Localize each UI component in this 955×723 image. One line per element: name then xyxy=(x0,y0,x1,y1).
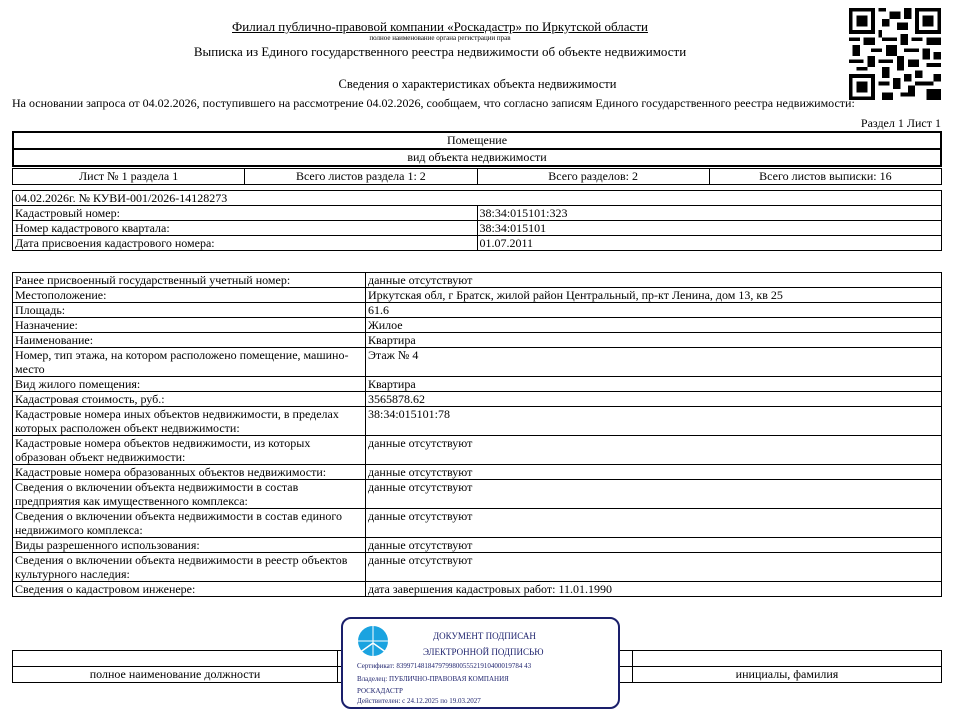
object-type-value: Помещение xyxy=(13,132,941,149)
field-label: Местоположение: xyxy=(13,288,366,303)
extract-sheets-total: Всего листов выписки: 16 xyxy=(709,169,941,185)
field-label: Сведения о включении объекта недвижимост… xyxy=(13,480,366,509)
sheets-table: Лист № 1 раздела 1 Всего листов раздела … xyxy=(12,168,942,185)
table-row: Кадастровый номер:38:34:015101:323 xyxy=(13,206,942,221)
section-reference: Раздел 1 Лист 1 xyxy=(861,116,941,131)
field-value: данные отсутствуют xyxy=(366,273,942,288)
extract-number: 04.02.2026г. № КУВИ-001/2026-14128273 xyxy=(13,191,942,206)
field-value: данные отсутствуют xyxy=(366,509,942,538)
name-caption: инициалы, фамилия xyxy=(633,667,942,683)
rosreestr-logo-icon xyxy=(357,625,389,657)
object-type-caption: вид объекта недвижимости xyxy=(13,149,941,166)
field-value: 01.07.2011 xyxy=(477,236,942,251)
field-value: Этаж № 4 xyxy=(366,348,942,377)
field-label: Кадастровая стоимость, руб.: xyxy=(13,392,366,407)
identifiers-table: 04.02.2026г. № КУВИ-001/2026-14128273 Ка… xyxy=(12,190,942,251)
field-value: Квартира xyxy=(366,377,942,392)
field-label: Номер кадастрового квартала: xyxy=(13,221,478,236)
field-value: данные отсутствуют xyxy=(366,538,942,553)
field-value: 38:34:015101:78 xyxy=(366,407,942,436)
stamp-certificate: Сертификат: 8399714818479799800555219104… xyxy=(357,662,531,670)
field-label: Сведения о включении объекта недвижимост… xyxy=(13,509,366,538)
field-value: Жилое xyxy=(366,318,942,333)
sections-total: Всего разделов: 2 xyxy=(477,169,709,185)
electronic-signature-stamp: ДОКУМЕНТ ПОДПИСАН ЭЛЕКТРОННОЙ ПОДПИСЬЮ С… xyxy=(341,617,620,709)
table-row: Кадастровые номера иных объектов недвижи… xyxy=(13,407,942,436)
stamp-owner-continued: РОСКАДАСТР xyxy=(357,687,403,695)
field-value: 38:34:015101:323 xyxy=(477,206,942,221)
field-value: 38:34:015101 xyxy=(477,221,942,236)
field-label: Кадастровые номера образованных объектов… xyxy=(13,465,366,480)
field-label: Сведения о кадастровом инженере: xyxy=(13,582,366,597)
section-sheets-total: Всего листов раздела 1: 2 xyxy=(245,169,477,185)
table-row: Сведения о включении объекта недвижимост… xyxy=(13,509,942,538)
section-title: Сведения о характеристиках объекта недви… xyxy=(0,77,955,92)
organization-name: Филиал публично-правовой компании «Роска… xyxy=(0,19,880,35)
table-row: Кадастровые номера образованных объектов… xyxy=(13,465,942,480)
table-row: Наименование:Квартира xyxy=(13,333,942,348)
field-label: Наименование: xyxy=(13,333,366,348)
table-row: Сведения о включении объекта недвижимост… xyxy=(13,553,942,582)
field-label: Сведения о включении объекта недвижимост… xyxy=(13,553,366,582)
field-value: данные отсутствуют xyxy=(366,465,942,480)
basis-text: На основании запроса от 04.02.2026, пост… xyxy=(12,96,855,111)
stamp-heading-1: ДОКУМЕНТ ПОДПИСАН xyxy=(433,631,536,641)
table-row: Сведения о кадастровом инженере:дата зав… xyxy=(13,582,942,597)
field-label: Виды разрешенного использования: xyxy=(13,538,366,553)
field-value: данные отсутствуют xyxy=(366,553,942,582)
table-row: Вид жилого помещения:Квартира xyxy=(13,377,942,392)
field-label: Номер, тип этажа, на котором расположено… xyxy=(13,348,366,377)
field-label: Дата присвоения кадастрового номера: xyxy=(13,236,478,251)
stamp-heading-2: ЭЛЕКТРОННОЙ ПОДПИСЬЮ xyxy=(423,647,543,657)
field-value: Иркутская обл, г Братск, жилой район Цен… xyxy=(366,288,942,303)
organization-caption: полное наименование органа регистрации п… xyxy=(0,34,880,42)
position-caption: полное наименование должности xyxy=(13,667,338,683)
field-value: 3565878.62 xyxy=(366,392,942,407)
table-row: Местоположение:Иркутская обл, г Братск, … xyxy=(13,288,942,303)
table-row: Дата присвоения кадастрового номера:01.0… xyxy=(13,236,942,251)
table-row: Назначение:Жилое xyxy=(13,318,942,333)
table-row: Номер кадастрового квартала:38:34:015101 xyxy=(13,221,942,236)
field-value: дата завершения кадастровых работ: 11.01… xyxy=(366,582,942,597)
table-row: Ранее присвоенный государственный учетны… xyxy=(13,273,942,288)
table-row: Кадастровая стоимость, руб.:3565878.62 xyxy=(13,392,942,407)
table-row: Кадастровые номера объектов недвижимости… xyxy=(13,436,942,465)
field-value: данные отсутствуют xyxy=(366,436,942,465)
object-type-table: Помещение вид объекта недвижимости xyxy=(12,131,942,167)
table-row: Номер, тип этажа, на котором расположено… xyxy=(13,348,942,377)
field-label: Кадастровый номер: xyxy=(13,206,478,221)
table-row: Виды разрешенного использования:данные о… xyxy=(13,538,942,553)
field-label: Назначение: xyxy=(13,318,366,333)
sheet-number: Лист № 1 раздела 1 xyxy=(13,169,245,185)
document-title: Выписка из Единого государственного реес… xyxy=(0,44,880,60)
field-label: Площадь: xyxy=(13,303,366,318)
field-value: Квартира xyxy=(366,333,942,348)
stamp-validity: Действителен: с 24.12.2025 по 19.03.2027 xyxy=(357,697,481,705)
stamp-owner: Владелец: ПУБЛИЧНО-ПРАВОВАЯ КОМПАНИЯ xyxy=(357,675,509,683)
field-label: Кадастровые номера иных объектов недвижи… xyxy=(13,407,366,436)
field-label: Кадастровые номера объектов недвижимости… xyxy=(13,436,366,465)
table-row: Сведения о включении объекта недвижимост… xyxy=(13,480,942,509)
table-row: Площадь:61.6 xyxy=(13,303,942,318)
field-label: Ранее присвоенный государственный учетны… xyxy=(13,273,366,288)
field-label: Вид жилого помещения: xyxy=(13,377,366,392)
characteristics-table: Ранее присвоенный государственный учетны… xyxy=(12,272,942,597)
field-value: данные отсутствуют xyxy=(366,480,942,509)
field-value: 61.6 xyxy=(366,303,942,318)
